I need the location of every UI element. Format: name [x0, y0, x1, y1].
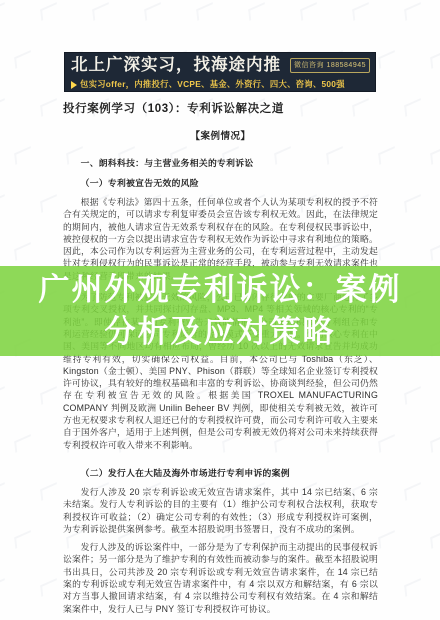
watermark-mark	[40, 386, 58, 405]
document-page: 北上广深实习，找海途内推 微信咨询 188584945 包实习offer，内推投…	[0, 0, 440, 620]
watermark-mark	[196, 2, 214, 21]
watermark-mark	[404, 2, 422, 21]
watermark-mark	[40, 2, 58, 21]
play-triangle-icon	[71, 81, 77, 89]
promo-headline: 北上广深实习，找海途内推	[71, 55, 281, 75]
paragraph-case-outcomes: 发行人涉及的诉讼案件中，一部分是为了专利保护而主动提出的民事侵权诉讼案件；另一部…	[63, 541, 378, 615]
promo-subline: 包实习offer，内推投行、VCPE、基金、外资行、四大、咨询、500强	[80, 79, 345, 90]
watermark-mark	[40, 98, 58, 117]
heading-appeal-cases: （二）发行人在大陆及海外市场进行专利申诉的案例	[63, 467, 378, 479]
watermark-mark	[300, 2, 318, 21]
watermark-mark	[430, 434, 440, 453]
wechat-contact-badge: 微信咨询 188584945	[290, 58, 370, 73]
overlay-title-line1: 广州外观专利诉讼：案例	[39, 269, 402, 311]
watermark-mark	[0, 386, 6, 405]
heading-invalidation-risk: （一）专利被宣告无效的风险	[63, 177, 378, 189]
watermark-mark	[430, 242, 440, 261]
watermark-mark	[430, 530, 440, 549]
watermark-mark	[40, 578, 58, 597]
paragraph-case-stats: 发行人涉及 20 宗专利诉讼或无效宣告请求案件，其中 14 宗已结案、6 宗未结…	[63, 486, 378, 535]
heading-netac: 一、朗科科技：与主营业务相关的专利诉讼	[63, 157, 378, 169]
watermark-mark	[378, 50, 396, 69]
watermark-mark	[14, 50, 32, 69]
watermark-mark	[0, 194, 6, 213]
watermark-mark	[378, 242, 396, 261]
green-overlay-banner[interactable]: 广州外观专利诉讼：案例 分析及应对策略	[0, 266, 440, 356]
watermark-mark	[430, 146, 440, 165]
watermark-mark	[14, 242, 32, 261]
watermark-mark	[0, 482, 6, 501]
promo-ad-banner[interactable]: 北上广深实习，找海途内推 微信咨询 188584945 包实习offer，内推投…	[64, 52, 376, 92]
watermark-mark	[14, 146, 32, 165]
watermark-mark	[404, 578, 422, 597]
page-title: 投行案例学习（103）：专利诉讼解决之道	[63, 102, 378, 116]
watermark-mark	[248, 2, 266, 21]
watermark-mark	[378, 434, 396, 453]
watermark-mark	[430, 50, 440, 69]
overlay-title-line2: 分析及应对策略	[105, 311, 336, 353]
watermark-mark	[92, 2, 110, 21]
watermark-mark	[404, 98, 422, 117]
watermark-mark	[404, 482, 422, 501]
watermark-mark	[0, 98, 6, 117]
article-body: 投行案例学习（103）：专利诉讼解决之道 【案例情况】 一、朗科科技：与主营业务…	[63, 102, 378, 615]
watermark-mark	[14, 530, 32, 549]
promo-banner-bottom-row: 包实习offer，内推投行、VCPE、基金、外资行、四大、咨询、500强	[71, 79, 370, 90]
section-tag: 【案例情况】	[63, 131, 378, 143]
promo-banner-top-row: 北上广深实习，找海途内推 微信咨询 188584945	[71, 55, 370, 75]
watermark-mark	[40, 482, 58, 501]
watermark-mark	[0, 578, 6, 597]
watermark-mark	[40, 194, 58, 213]
watermark-mark	[144, 2, 162, 21]
watermark-mark	[404, 194, 422, 213]
watermark-mark	[14, 434, 32, 453]
watermark-mark	[404, 386, 422, 405]
watermark-mark	[378, 146, 396, 165]
watermark-mark	[352, 2, 370, 21]
watermark-mark	[378, 530, 396, 549]
watermark-mark	[0, 2, 6, 21]
